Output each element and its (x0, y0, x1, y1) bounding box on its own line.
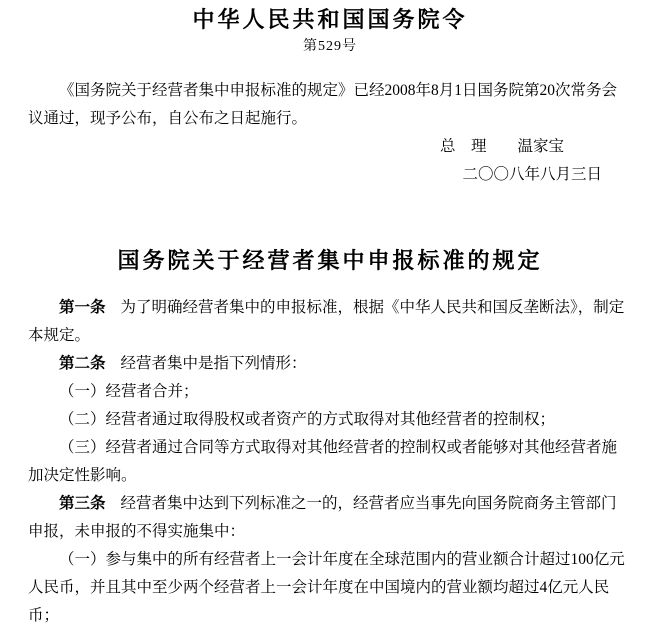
preamble-paragraph: 《国务院关于经营者集中申报标准的规定》已经2008年8月1日国务院第20次常务会… (28, 77, 632, 133)
article-2-item-1: （一）经营者合并； (28, 378, 632, 406)
promulgation-date: 二〇〇八年八月三日 (28, 161, 632, 189)
article-3-text: 经营者集中达到下列标准之一的，经营者应当事先向国务院商务主管部门申报，未申报的不… (28, 495, 617, 540)
article-3-paragraph: 第三条经营者集中达到下列标准之一的，经营者应当事先向国务院商务主管部门申报，未申… (28, 490, 632, 546)
document-page: 中华人民共和国国务院令 第529号 《国务院关于经营者集中申报标准的规定》已经2… (0, 0, 664, 626)
decree-number: 第529号 (28, 38, 632, 56)
signature-block: 总 理 温家宝 二〇〇八年八月三日 (28, 133, 632, 189)
article-3-item-1: （一）参与集中的所有经营者上一会计年度在全球范围内的营业额合计超过100亿元人民… (28, 546, 632, 626)
article-1-text: 为了明确经营者集中的申报标准，根据《中华人民共和国反垄断法》，制定本规定。 (28, 299, 624, 344)
article-2-number: 第二条 (59, 355, 106, 372)
article-1-number: 第一条 (59, 299, 106, 316)
premier-signature: 总 理 温家宝 (28, 133, 632, 161)
regulation-title: 国务院关于经营者集中申报标准的规定 (28, 246, 632, 276)
article-3-number: 第三条 (59, 495, 106, 512)
article-2-item-3: （三）经营者通过合同等方式取得对其他经营者的控制权或者能够对其他经营者施加决定性… (28, 434, 632, 490)
article-2-item-2: （二）经营者通过取得股权或者资产的方式取得对其他经营者的控制权； (28, 406, 632, 434)
article-2-paragraph: 第二条经营者集中是指下列情形： (28, 350, 632, 378)
article-2-text: 经营者集中是指下列情形： (121, 355, 307, 372)
decree-title: 中华人民共和国国务院令 (28, 6, 632, 34)
article-1-paragraph: 第一条为了明确经营者集中的申报标准，根据《中华人民共和国反垄断法》，制定本规定。 (28, 294, 632, 350)
articles-section: 第一条为了明确经营者集中的申报标准，根据《中华人民共和国反垄断法》，制定本规定。… (28, 294, 632, 626)
